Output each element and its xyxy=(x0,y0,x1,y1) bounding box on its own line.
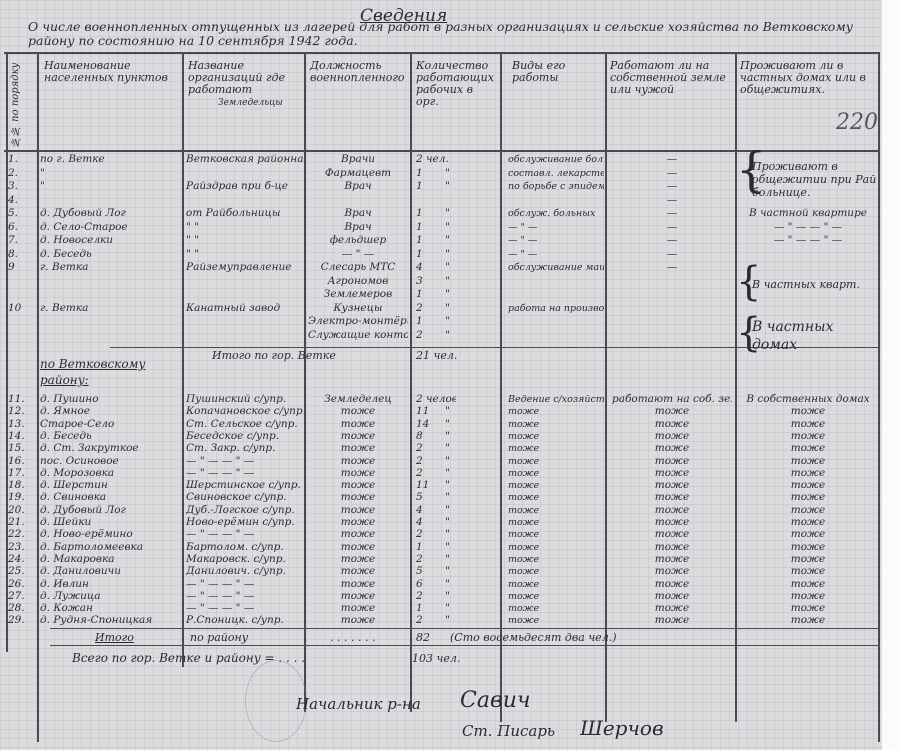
organization: — " — — " — xyxy=(186,578,304,591)
place-name: д. Кожан xyxy=(40,602,180,615)
work-kind: обслуживание машин по району и МТС. xyxy=(508,261,604,274)
living-place: тоже xyxy=(738,491,878,504)
living-place: тоже xyxy=(738,430,878,443)
position: Врач xyxy=(308,221,408,234)
place-name: д. Свиновка xyxy=(40,491,180,504)
ditto-mark: " xyxy=(445,479,485,492)
organization: — " — — " — xyxy=(186,602,304,615)
position: Агрономов xyxy=(308,275,408,288)
work-kind: тоже xyxy=(508,491,604,504)
row-number: 21. xyxy=(8,516,32,529)
place-name: д. Село-Старое xyxy=(40,221,180,234)
table-row: 26.д. Ивлин— " — — " —тоже6"тожетожетоже xyxy=(0,578,882,591)
own-land: тоже xyxy=(612,467,732,480)
living-place: В частной квартире xyxy=(738,207,878,220)
organization: Шерстинское с/упр. xyxy=(186,479,304,492)
organization: Дуб.-Логское с/упр. xyxy=(186,504,304,517)
place-name: д. Морозовка xyxy=(40,467,180,480)
table-row: 6.д. Село-Старое" "Врач1"— " ——— " — — "… xyxy=(0,221,882,234)
ditto-mark: " xyxy=(445,248,485,261)
row-number: 18. xyxy=(8,479,32,492)
position: Землемеров xyxy=(308,288,408,301)
table-row: 21.д. ШейкиНово-ерёмин с/упр.тоже4"тожет… xyxy=(0,516,882,529)
organization: Копачановское с/упр. xyxy=(186,405,304,418)
position: тоже xyxy=(308,553,408,566)
position: Врачи xyxy=(308,153,408,166)
row-number: 13. xyxy=(8,418,32,431)
position: тоже xyxy=(308,541,408,554)
place-name: г. Ветка xyxy=(40,302,180,315)
ditto-mark: " xyxy=(445,467,485,480)
own-land: — xyxy=(612,180,732,193)
ditto-mark: " xyxy=(445,275,485,288)
ditto-mark: " xyxy=(445,578,485,591)
work-kind: Ведение с/хозяйства xyxy=(508,393,604,406)
work-kind: по борьбе с эпидемиями xyxy=(508,180,604,193)
organization: Ветковская районная больница. xyxy=(186,153,304,166)
row-number: 2. xyxy=(8,167,32,180)
position: тоже xyxy=(308,516,408,529)
position: Электро-монтёры xyxy=(308,315,408,328)
header-place: Наименование населенных пунктов xyxy=(44,60,178,84)
ditto-mark: " xyxy=(445,602,485,615)
own-land: тоже xyxy=(612,430,732,443)
place-name: г. Ветка xyxy=(40,261,180,274)
position: тоже xyxy=(308,479,408,492)
district-total-words: (Сто восемьдесят два чел.) xyxy=(450,631,617,644)
table-top-border xyxy=(4,52,880,54)
place-name: д. Ивлин xyxy=(40,578,180,591)
row-number: 5. xyxy=(8,207,32,220)
own-land: тоже xyxy=(612,578,732,591)
organization: Макаровск. с/упр. xyxy=(186,553,304,566)
own-land: тоже xyxy=(612,504,732,517)
place-name: д. Дубовый Лог xyxy=(40,504,180,517)
living-place: — " — — " — xyxy=(738,221,878,234)
ditto-mark: " xyxy=(445,504,485,517)
ditto-mark: " xyxy=(445,528,485,541)
own-land: тоже xyxy=(612,455,732,468)
work-kind: тоже xyxy=(508,504,604,517)
work-kind: тоже xyxy=(508,602,604,615)
own-land: — xyxy=(612,153,732,166)
place-name: д. Ново-ерёмино xyxy=(40,528,180,541)
row-number: 14. xyxy=(8,430,32,443)
living-place: тоже xyxy=(738,590,878,603)
table-row: 18.д. ШерстинШерстинское с/упр.тоже11"то… xyxy=(0,479,882,492)
header-position: Должность военнопленного xyxy=(310,60,406,84)
position: тоже xyxy=(308,602,408,615)
row-number: 1. xyxy=(8,153,32,166)
position: тоже xyxy=(308,504,408,517)
position: тоже xyxy=(308,418,408,431)
worker-count: 2 человека xyxy=(416,393,456,406)
organization: Ст. Сельское с/упр. xyxy=(186,418,304,431)
work-kind: тоже xyxy=(508,467,604,480)
work-kind: тоже xyxy=(508,590,604,603)
organization: Беседское с/упр. xyxy=(186,430,304,443)
work-kind: — " — xyxy=(508,221,604,234)
living-place: тоже xyxy=(738,455,878,468)
ditto-mark: " xyxy=(445,288,485,301)
place-name: д. Пушино xyxy=(40,393,180,406)
table-row: 13.Старое-СелоСт. Сельское с/упр.тоже14"… xyxy=(0,418,882,431)
table-row: 14.д. БеседьБеседское с/упр.тоже8"тожето… xyxy=(0,430,882,443)
ditto-mark: " xyxy=(445,614,485,627)
clerk-title: Ст. Писарь xyxy=(462,722,555,740)
position: Служащие контор xyxy=(308,329,408,342)
table-row: 16.пос. Осиновое— " — — " —тоже2"тожетож… xyxy=(0,455,882,468)
place-name: д. Шерстин xyxy=(40,479,180,492)
header-org-note: Земледельцы xyxy=(218,98,283,108)
district-total-value: 82 xyxy=(416,631,430,644)
position: тоже xyxy=(308,565,408,578)
ditto-mark: " xyxy=(445,442,485,455)
row-number: 29. xyxy=(8,614,32,627)
ditto-mark: " xyxy=(445,315,485,328)
own-land: тоже xyxy=(612,418,732,431)
table-row: 23.д. БартоломеевкаБартолом. с/упр.тоже1… xyxy=(0,541,882,554)
own-land: — xyxy=(612,194,732,207)
organization: " " xyxy=(186,234,304,247)
living-place: В собственных домах xyxy=(738,393,878,406)
living-place: тоже xyxy=(738,516,878,529)
row-number: 10 xyxy=(8,302,32,315)
organization: Канатный завод xyxy=(186,302,304,315)
row-number: 11. xyxy=(8,393,32,406)
work-kind: тоже xyxy=(508,614,604,627)
header-num: №№ по порядку xyxy=(10,62,28,147)
work-kind: — " — xyxy=(508,234,604,247)
row-number: 25. xyxy=(8,565,32,578)
ditto-mark: " xyxy=(445,207,485,220)
header-kind: Виды его работы xyxy=(512,60,602,84)
grand-total-value: 103 чел. xyxy=(412,652,460,665)
own-land: тоже xyxy=(612,442,732,455)
row-number: 19. xyxy=(8,491,32,504)
work-kind: составл. лекарств xyxy=(508,167,604,180)
ditto-mark: " xyxy=(445,167,485,180)
work-kind: тоже xyxy=(508,479,604,492)
organization: Ново-ерёмин с/упр. xyxy=(186,516,304,529)
ditto-mark: " xyxy=(445,455,485,468)
row-number: 8. xyxy=(8,248,32,261)
position: тоже xyxy=(308,430,408,443)
place-name: д. Ямное xyxy=(40,405,180,418)
work-kind: тоже xyxy=(508,553,604,566)
organization: Райземуправление xyxy=(186,261,304,274)
header-org-label: Название организаций где работают xyxy=(188,59,285,96)
organization: — " — — " — xyxy=(186,590,304,603)
row-number: 3. xyxy=(8,180,32,193)
position: тоже xyxy=(308,442,408,455)
own-land: — xyxy=(612,207,732,220)
position: тоже xyxy=(308,590,408,603)
ditto-mark: " xyxy=(445,329,485,342)
work-kind: тоже xyxy=(508,418,604,431)
row-number: 9 xyxy=(8,261,32,274)
district-heading: по Ветковскому району: xyxy=(40,356,180,388)
chief-signature: Савич xyxy=(460,688,531,713)
row-number: 7. xyxy=(8,234,32,247)
position: Слесарь МТС xyxy=(308,261,408,274)
own-land: — xyxy=(612,221,732,234)
header-count: Количество работающих рабочих в орг. xyxy=(416,60,498,108)
position: тоже xyxy=(308,405,408,418)
position: тоже xyxy=(308,455,408,468)
clerk-signature: Шерчов xyxy=(580,716,664,740)
position: — " — xyxy=(308,248,408,261)
table-row: 28.д. Кожан— " — — " —тоже1"тожетожетоже xyxy=(0,602,882,615)
organization: Бартолом. с/упр. xyxy=(186,541,304,554)
district-total-dots: . . . . . . . xyxy=(330,631,375,644)
worker-count: 2 чел. xyxy=(416,153,456,166)
row-number: 12. xyxy=(8,405,32,418)
work-kind: тоже xyxy=(508,442,604,455)
position: тоже xyxy=(308,467,408,480)
organization: Пушинский с/упр. xyxy=(186,393,304,406)
work-kind: тоже xyxy=(508,565,604,578)
header-own-land: Работают ли на собственной земле или чуж… xyxy=(610,60,732,96)
position: тоже xyxy=(308,491,408,504)
ditto-mark: " xyxy=(445,261,485,274)
place-name: д. Дубовый Лог xyxy=(40,207,180,220)
own-land: тоже xyxy=(612,528,732,541)
own-land: тоже xyxy=(612,614,732,627)
place-name: по г. Ветке xyxy=(40,153,180,166)
ditto-mark: " xyxy=(445,418,485,431)
note-factory-living: В частных домах xyxy=(752,318,842,354)
district-total-label2: по району xyxy=(190,631,248,644)
living-place: тоже xyxy=(738,504,878,517)
place-name: д. Беседь xyxy=(40,430,180,443)
work-kind: обслуж. больных xyxy=(508,207,604,220)
organization: " " xyxy=(186,248,304,261)
place-name: д. Новоселки xyxy=(40,234,180,247)
chief-title: Начальник р-на xyxy=(296,695,421,713)
own-land: тоже xyxy=(612,491,732,504)
work-kind: тоже xyxy=(508,516,604,529)
ditto-mark: " xyxy=(445,430,485,443)
position: Кузнецы xyxy=(308,302,408,315)
own-land: тоже xyxy=(612,479,732,492)
place-name: д. Беседь xyxy=(40,248,180,261)
living-place: тоже xyxy=(738,479,878,492)
table-row: 24.д. МакаровкаМакаровск. с/упр.тоже2"то… xyxy=(0,553,882,566)
row-number: 27. xyxy=(8,590,32,603)
own-land: работают на соб. зем. xyxy=(612,393,732,406)
place-name: " xyxy=(40,167,180,180)
position: тоже xyxy=(308,614,408,627)
ditto-mark: " xyxy=(445,516,485,529)
row-number: 28. xyxy=(8,602,32,615)
row-number: 4. xyxy=(8,194,32,207)
position: Земледелец xyxy=(308,393,408,406)
row-number: 23. xyxy=(8,541,32,554)
work-kind: обслуживание больных xyxy=(508,153,604,166)
table-row: 20.д. Дубовый ЛогДуб.-Логское с/упр.тоже… xyxy=(0,504,882,517)
row-number: 20. xyxy=(8,504,32,517)
living-place: тоже xyxy=(738,553,878,566)
living-place: тоже xyxy=(738,614,878,627)
document-subtitle: О числе военнопленных отпущенных из лаге… xyxy=(28,20,878,48)
position: тоже xyxy=(308,528,408,541)
living-place: тоже xyxy=(738,418,878,431)
own-land: тоже xyxy=(612,516,732,529)
table-row: 5.д. Дубовый Логот РайбольницыВрач1"обсл… xyxy=(0,207,882,220)
header-living: Проживают ли в частных домах или в общеж… xyxy=(740,60,876,96)
organization: Данилович. с/упр. xyxy=(186,565,304,578)
living-place: тоже xyxy=(738,467,878,480)
ditto-mark: " xyxy=(445,590,485,603)
ditto-mark: " xyxy=(445,221,485,234)
place-name: " xyxy=(40,180,180,193)
place-name: д. Шейки xyxy=(40,516,180,529)
own-land: — xyxy=(612,167,732,180)
organization: Р.Споницк. с/упр. xyxy=(186,614,304,627)
district-total-line xyxy=(50,645,880,646)
ditto-mark: " xyxy=(445,302,485,315)
living-place: тоже xyxy=(738,405,878,418)
row-number: 6. xyxy=(8,221,32,234)
ditto-mark: " xyxy=(445,234,485,247)
table-row: 25.д. ДаниловичиДанилович. с/упр.тоже5"т… xyxy=(0,565,882,578)
organization: — " — — " — xyxy=(186,467,304,480)
sheet-number: 220 xyxy=(836,110,878,135)
note-hospital-living: Проживают в общежитии при Рай больнице. xyxy=(752,160,878,199)
living-place: тоже xyxy=(738,442,878,455)
district-total-label: Итого xyxy=(95,631,134,644)
own-land: тоже xyxy=(612,541,732,554)
living-place: тоже xyxy=(738,565,878,578)
city-total-label: Итого по гор. Ветке xyxy=(212,349,336,362)
ditto-mark: " xyxy=(445,565,485,578)
own-land: — xyxy=(612,234,732,247)
organization: Свиновское с/упр. xyxy=(186,491,304,504)
own-land: тоже xyxy=(612,565,732,578)
table-row: 11.д. ПушиноПушинский с/упр.Земледелец2 … xyxy=(0,393,882,406)
place-name: д. Рудня-Споницкая xyxy=(40,614,180,627)
work-kind: тоже xyxy=(508,528,604,541)
row-number: 22. xyxy=(8,528,32,541)
place-name: д. Бартоломеевка xyxy=(40,541,180,554)
table-row: 15.д. Ст. ЗакруткоеСт. Закр. с/упр.тоже2… xyxy=(0,442,882,455)
table-row: 29.д. Рудня-СпоницкаяР.Споницк. с/упр.то… xyxy=(0,614,882,627)
own-land: тоже xyxy=(612,553,732,566)
living-place: тоже xyxy=(738,602,878,615)
work-kind: тоже xyxy=(508,541,604,554)
organization: Ст. Закр. с/упр. xyxy=(186,442,304,455)
row-number: 26. xyxy=(8,578,32,591)
ditto-mark: " xyxy=(445,180,485,193)
work-kind: тоже xyxy=(508,430,604,443)
row-number: 15. xyxy=(8,442,32,455)
row-number: 24. xyxy=(8,553,32,566)
ditto-mark: " xyxy=(445,541,485,554)
position: фельдшер xyxy=(308,234,408,247)
place-name: Старое-Село xyxy=(40,418,180,431)
own-land: тоже xyxy=(612,405,732,418)
living-place: — " — — " — xyxy=(738,234,878,247)
own-land: тоже xyxy=(612,602,732,615)
organization: Райздрав при б-це xyxy=(186,180,304,193)
work-kind: тоже xyxy=(508,455,604,468)
work-kind: — " — xyxy=(508,248,604,261)
living-place: тоже xyxy=(738,528,878,541)
place-name: д. Даниловичи xyxy=(40,565,180,578)
place-name: д. Ст. Закруткое xyxy=(40,442,180,455)
place-name: пос. Осиновое xyxy=(40,455,180,468)
district-end-line xyxy=(50,628,880,629)
own-land: — xyxy=(612,261,732,274)
row-number: 16. xyxy=(8,455,32,468)
table-row: 22.д. Ново-ерёмино— " — — " —тоже2"тожет… xyxy=(0,528,882,541)
ditto-mark: " xyxy=(445,405,485,418)
place-name: д. Лужица xyxy=(40,590,180,603)
position: Фармацевт xyxy=(308,167,408,180)
organization: от Райбольницы xyxy=(186,207,304,220)
table-row: 19.д. СвиновкаСвиновское с/упр.тоже5"тож… xyxy=(0,491,882,504)
own-land: тоже xyxy=(612,590,732,603)
ditto-mark: " xyxy=(445,553,485,566)
work-kind: работа на производстве по означенным спе… xyxy=(508,302,604,315)
city-total-value: 21 чел. xyxy=(416,349,457,362)
table-row: 27.д. Лужица— " — — " —тоже2"тожетожетож… xyxy=(0,590,882,603)
row-number: 17. xyxy=(8,467,32,480)
table-row: 7.д. Новоселки" "фельдшер1"— " ——— " — —… xyxy=(0,234,882,247)
position: тоже xyxy=(308,578,408,591)
living-place: тоже xyxy=(738,578,878,591)
work-kind: тоже xyxy=(508,578,604,591)
organization: — " — — " — xyxy=(186,528,304,541)
table-row: 12.д. ЯмноеКопачановское с/упр.тоже11"то… xyxy=(0,405,882,418)
document-sheet: Сведения О числе военнопленных отпущенны… xyxy=(0,0,882,750)
position: Врач xyxy=(308,207,408,220)
ditto-mark: " xyxy=(445,491,485,504)
table-row: 17.д. Морозовка— " — — " —тоже2"тожетоже… xyxy=(0,467,882,480)
organization: " " xyxy=(186,221,304,234)
header-org: Название организаций где работают Землед… xyxy=(188,60,300,109)
own-land: — xyxy=(612,248,732,261)
position: Врач xyxy=(308,180,408,193)
note-rzu-living: В частных кварт. xyxy=(752,278,878,291)
organization: — " — — " — xyxy=(186,455,304,468)
work-kind: тоже xyxy=(508,405,604,418)
place-name: д. Макаровка xyxy=(40,553,180,566)
living-place: тоже xyxy=(738,541,878,554)
